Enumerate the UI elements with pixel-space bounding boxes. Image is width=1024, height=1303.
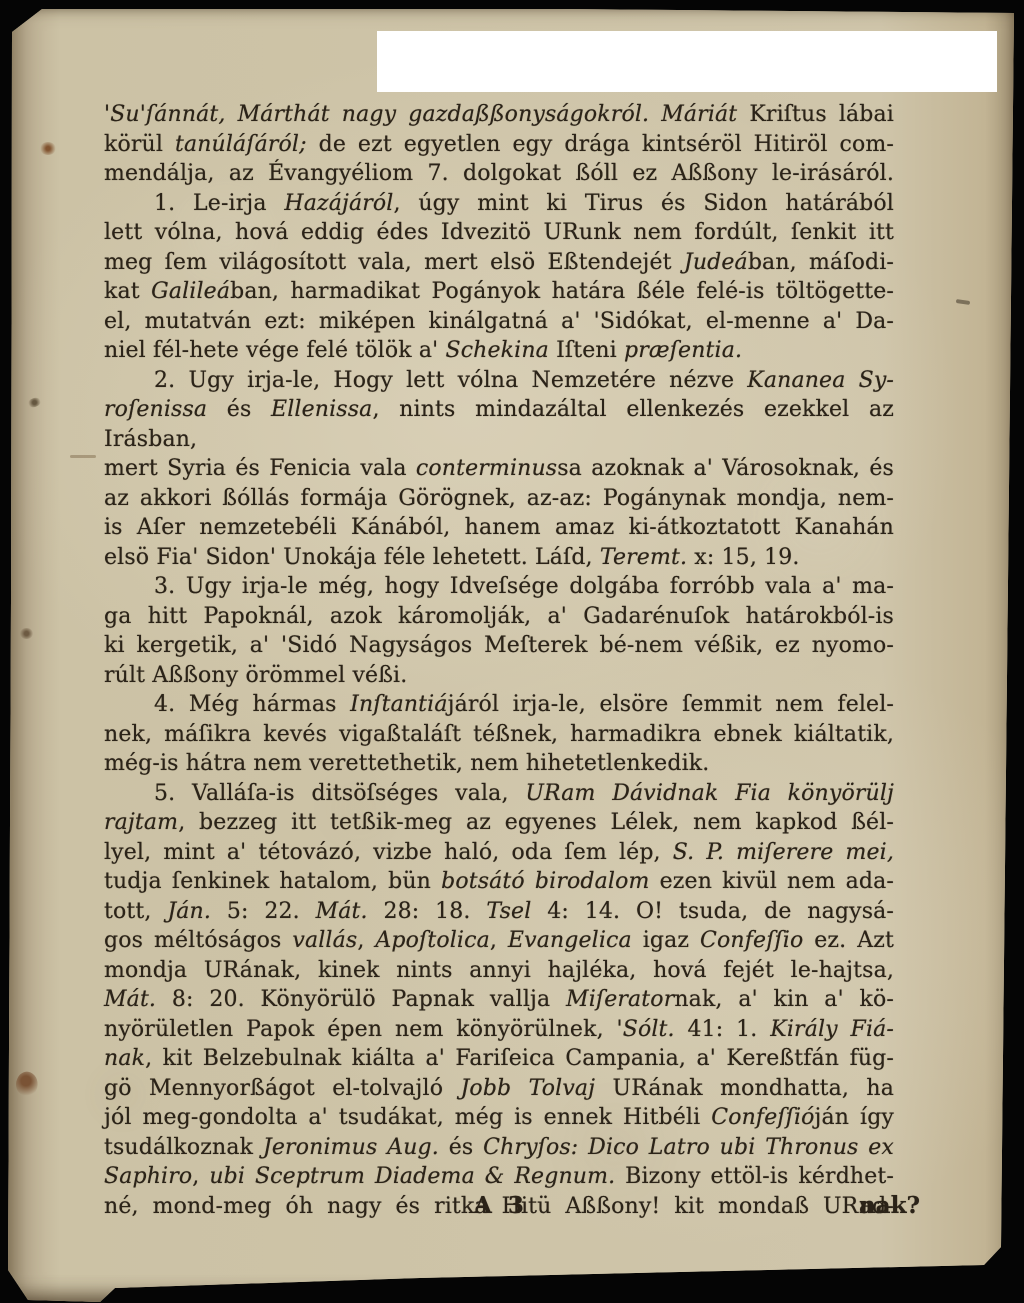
text-segment: , <box>490 928 508 953</box>
italic-text-segment: Chryſos: <box>483 1135 578 1160</box>
text-segment: de ezt egyetlen egy drága kintséröl Hiti… <box>307 132 894 157</box>
text-line: az akkori ßóllás formája Görögnek, az-az… <box>104 484 894 514</box>
text-segment: sa azoknak a' Városoknak, és <box>557 456 894 481</box>
text-segment: kat <box>104 279 151 304</box>
text-segment: igaz <box>632 928 700 953</box>
italic-text-segment: URam Dávidnak Fia könyörülj <box>525 781 894 806</box>
italic-text-segment: Inſtantiá <box>350 692 447 717</box>
text-segment: Bizony ettöl-is kérdhet- <box>615 1164 894 1189</box>
text-line: mert Syria és Fenicia vala conterminussa… <box>104 454 894 484</box>
paper-fiber <box>70 455 96 458</box>
italic-text-segment: Confeſſió <box>711 1105 814 1130</box>
italic-text-segment: roſenissa <box>104 397 207 422</box>
text-line: nyörületlen Papok épen nem könyörülnek, … <box>104 1015 894 1045</box>
italic-text-segment: Mát. <box>104 987 156 1012</box>
text-line: nek, máſikra kevés vigaßtaláſt téßnek, h… <box>104 720 894 750</box>
text-segment: ban, máſodi- <box>748 250 894 275</box>
italic-text-segment: botsátó birodalom <box>441 869 649 894</box>
text-line: 3. Ugy irja-le még, hogy Idveſsége dolgá… <box>104 572 894 602</box>
text-line: kat Galileában, harmadikat Pogányok hatá… <box>104 277 894 307</box>
italic-text-segment: Ján. <box>167 899 211 924</box>
text-segment: jól meg-gondolta a' tsudákat, még is enn… <box>104 1105 711 1130</box>
text-segment: járól irja-le, elsöre ſemmit nem felel- <box>448 692 894 717</box>
text-line: 1. Le-irja Hazájáról, úgy mint ki Tirus … <box>104 189 894 219</box>
text-segment: tsudálkoznak <box>104 1135 263 1160</box>
text-segment: , <box>192 1164 209 1189</box>
text-line: ga hitt Papoknál, azok káromolják, a' Ga… <box>104 602 894 632</box>
text-segment: 5. Valláſa-is ditsöſséges vala, <box>154 781 525 806</box>
text-segment: rúlt Aßßony örömmel véßi. <box>104 663 407 688</box>
text-segment: és <box>439 1135 483 1160</box>
text-line: lyel, mint a' tétovázó, vizbe haló, oda … <box>104 838 894 868</box>
text-line: ki kergetik, a' 'Sidó Nagyságos Meſterek… <box>104 631 894 661</box>
book-page: 'Su'ſánnát, Márthát nagy gazdaßßonyságok… <box>0 0 1024 1303</box>
text-line: is Aſer nemzetebéli Kánából, hanem amaz … <box>104 513 894 543</box>
text-segment: gö Mennyorßágot el-tolvajló <box>104 1076 460 1101</box>
redaction-box <box>377 31 997 92</box>
paper-speck <box>40 142 56 155</box>
text-segment: nyörületlen Papok épen nem könyörülnek, <box>104 1017 617 1042</box>
text-line: rúlt Aßßony örömmel véßi. <box>104 661 894 691</box>
text-segment: tudja ſenkinek hatalom, bün <box>104 869 441 894</box>
text-line: Mát. 8: 20. Könyörülö Papnak vallja Miſe… <box>104 985 894 1015</box>
text-line: 2. Ugy irja-le, Hogy lett vólna Nemzetér… <box>104 366 894 396</box>
text-segment: 5: 22. <box>211 899 316 924</box>
text-segment <box>578 1135 588 1160</box>
text-line: el, mutatván ezt: miképen kinálgatná a' … <box>104 307 894 337</box>
italic-text-segment: Máriát <box>661 102 737 127</box>
text-segment: tott, <box>104 899 167 924</box>
text-segment: 2. Ugy irja-le, Hogy lett vólna Nemzetér… <box>154 368 747 393</box>
text-segment: ban, harmadikat Pogányok határa ßéle fel… <box>230 279 894 304</box>
italic-text-segment: Jobb Tolvaj <box>460 1076 595 1101</box>
text-segment: ga hitt Papoknál, azok káromolják, a' Ga… <box>104 604 894 629</box>
italic-text-segment: tanúláſáról; <box>175 132 307 157</box>
italic-text-segment: Teremt. <box>600 545 687 570</box>
text-line: roſenissa és Ellenissa, nints mindazálta… <box>104 395 894 454</box>
italic-text-segment: 'Sólt. <box>617 1017 675 1042</box>
text-line: niel fél-hete vége felé tölök a' Schekin… <box>104 336 894 366</box>
paper-speck <box>12 1069 42 1100</box>
text-line: elsö Fia' Sidon' Unokája féle lehetett. … <box>104 543 894 573</box>
italic-text-segment: rajtam <box>104 810 178 835</box>
paper-fiber <box>956 299 970 305</box>
text-segment: 1. Le-irja <box>154 191 284 216</box>
italic-text-segment: nak <box>104 1046 145 1071</box>
text-line: rajtam, bezzeg itt tetßik-meg az egyenes… <box>104 808 894 838</box>
text-segment: elsö Fia' Sidon' Unokája féle lehetett. … <box>104 545 600 570</box>
text-segment: lyel, mint a' tétovázó, vizbe haló, oda … <box>104 840 673 865</box>
italic-text-segment: ubi Sceptrum Diadema & Regnum. <box>209 1164 615 1189</box>
sewing-hole <box>20 628 33 639</box>
italic-text-segment: Saphiro <box>104 1164 192 1189</box>
text-segment: ján így <box>815 1105 894 1130</box>
text-segment: lett vólna, hová eddig édes Idvezitö URu… <box>104 220 894 245</box>
text-line: még-is hátra nem verettethetik, nem hihe… <box>104 749 894 779</box>
text-segment: ezen kivül nem ada- <box>650 869 894 894</box>
text-line: meg ſem világosított vala, mert elsö Eßt… <box>104 248 894 278</box>
italic-text-segment: Dico Latro ubi Thronus ex <box>588 1135 894 1160</box>
text-segment: x: 15, 19. <box>687 545 799 570</box>
italic-text-segment: Judeá <box>684 250 748 275</box>
text-segment <box>649 102 661 127</box>
text-line: tudja ſenkinek hatalom, bün botsátó biro… <box>104 867 894 897</box>
text-segment: 8: 20. Könyörülö Papnak vallja <box>156 987 566 1012</box>
text-segment: ki kergetik, a' 'Sidó Nagyságos Meſterek… <box>104 633 894 658</box>
text-segment: 28: 18. <box>368 899 487 924</box>
text-segment: 3. Ugy irja-le még, hogy Idveſsége dolgá… <box>154 574 894 599</box>
italic-text-segment: Apoſtolica <box>375 928 489 953</box>
scan-canvas: { "document": { "kind": "antique-book-pa… <box>0 0 1024 1303</box>
text-segment: Iſteni <box>549 338 624 363</box>
signature-row: A 3 nak? <box>104 1191 920 1221</box>
text-segment: mendálja, az Évangyéliom 7. dolgokat ßól… <box>104 161 894 186</box>
text-line: mendálja, az Évangyéliom 7. dolgokat ßól… <box>104 159 894 189</box>
text-segment: gos méltóságos <box>104 928 292 953</box>
text-segment: niel fél-hete vége felé tölök a' <box>104 338 445 363</box>
italic-text-segment: Király Fiá- <box>770 1017 894 1042</box>
text-line: 4. Még hármas Inſtantiájáról irja-le, el… <box>104 690 894 720</box>
italic-text-segment: Ellenissa <box>271 397 372 422</box>
italic-text-segment: Confeſſio <box>700 928 803 953</box>
text-segment: , úgy mint ki Tirus és Sidon határából <box>393 191 894 216</box>
text-segment: nak, a' kin a' kö- <box>674 987 894 1012</box>
italic-text-segment: Mát. <box>316 899 368 924</box>
italic-text-segment: præſentia. <box>624 338 742 363</box>
text-segment: is Aſer nemzetebéli Kánából, hanem amaz … <box>104 515 894 540</box>
italic-text-segment: vallás <box>292 928 357 953</box>
italic-text-segment: Kananea Sy- <box>747 368 894 393</box>
text-segment: nek, máſikra kevés vigaßtaláſt téßnek, h… <box>104 722 894 747</box>
text-segment: Kriſtus lábai <box>737 102 894 127</box>
text-line: lett vólna, hová eddig édes Idvezitö URu… <box>104 218 894 248</box>
text-segment: URának mondhatta, ha <box>595 1076 894 1101</box>
text-segment: 41: 1. <box>675 1017 771 1042</box>
text-line: jól meg-gondolta a' tsudákat, még is enn… <box>104 1103 894 1133</box>
signature-mark: A 3 <box>474 1191 528 1221</box>
text-segment: 4: 14. O! tsuda, de nagysá- <box>531 899 894 924</box>
text-segment: , kit Belzebulnak kiálta a' Fariſeica Ca… <box>145 1046 894 1071</box>
text-line: mondja URának, kinek nints annyi hajléka… <box>104 956 894 986</box>
text-line: 'Su'ſánnát, Márthát nagy gazdaßßonyságok… <box>104 100 894 130</box>
text-segment: , <box>357 928 375 953</box>
catchword: nak? <box>859 1191 920 1221</box>
italic-text-segment: Evangelica <box>508 928 632 953</box>
text-line: gö Mennyorßágot el-tolvajló Jobb Tolvaj … <box>104 1074 894 1104</box>
text-line: tott, Ján. 5: 22. Mát. 28: 18. Tsel 4: 1… <box>104 897 894 927</box>
italic-text-segment: 'Su'ſánnát, Márthát nagy gazdaßßonyságok… <box>104 102 649 127</box>
text-segment: még-is hátra nem verettethetik, nem hihe… <box>104 751 709 776</box>
text-segment: az akkori ßóllás formája Görögnek, az-az… <box>104 486 894 511</box>
text-segment: mert Syria és Fenicia vala <box>104 456 416 481</box>
text-segment: ez. Azt <box>803 928 894 953</box>
italic-text-segment: Tsel <box>486 899 531 924</box>
text-line: körül tanúláſáról; de ezt egyetlen egy d… <box>104 130 894 160</box>
italic-text-segment: Jeronimus Aug. <box>263 1135 439 1160</box>
text-segment: körül <box>104 132 175 157</box>
sewing-hole <box>27 396 42 409</box>
text-line: tsudálkoznak Jeronimus Aug. és Chryſos: … <box>104 1133 894 1163</box>
italic-text-segment: S. P. miſerere mei, <box>673 840 894 865</box>
italic-text-segment: conterminus <box>416 456 557 481</box>
text-line: 5. Valláſa-is ditsöſséges vala, URam Dáv… <box>104 779 894 809</box>
text-segment: 4. Még hármas <box>154 692 350 717</box>
text-line: gos méltóságos vallás, Apoſtolica, Evang… <box>104 926 894 956</box>
text-segment: el, mutatván ezt: miképen kinálgatná a' … <box>104 309 894 334</box>
text-line: nak, kit Belzebulnak kiálta a' Fariſeica… <box>104 1044 894 1074</box>
text-segment: és <box>207 397 271 422</box>
italic-text-segment: Hazájáról <box>284 191 393 216</box>
italic-text-segment: Schekina <box>445 338 548 363</box>
text-line: Saphiro, ubi Sceptrum Diadema & Regnum. … <box>104 1162 894 1192</box>
italic-text-segment: Miſerator <box>566 987 674 1012</box>
italic-text-segment: Galileá <box>151 279 230 304</box>
page-text-block: 'Su'ſánnát, Márthát nagy gazdaßßonyságok… <box>104 100 894 1221</box>
text-segment: , bezzeg itt tetßik-meg az egyenes Lélek… <box>178 810 894 835</box>
text-segment: mondja URának, kinek nints annyi hajléka… <box>104 958 894 983</box>
text-segment: meg ſem világosított vala, mert elsö Eßt… <box>104 250 684 275</box>
